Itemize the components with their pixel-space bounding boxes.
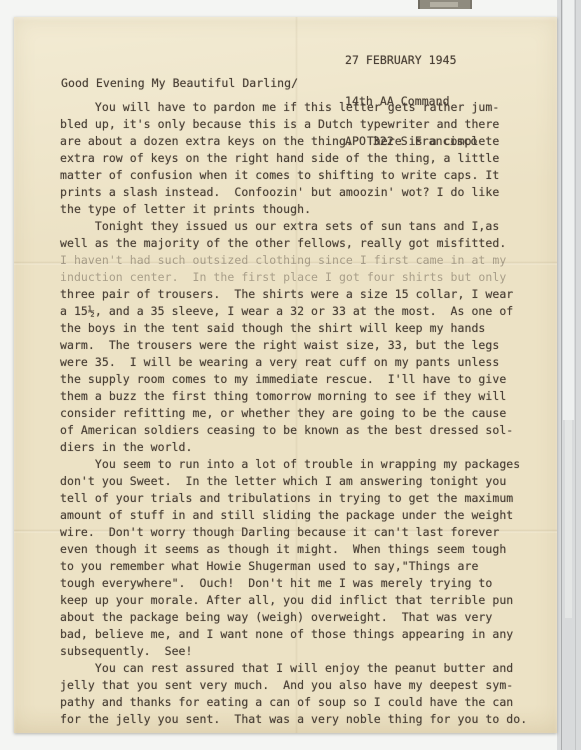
body-line: amount of stuff in and still sliding the… [60,507,527,524]
body-line: I haven't had such outsized clothing sin… [60,252,527,269]
body-line: even though it seems as though it might.… [60,541,527,558]
body-line: for the jelly you sent. That was a very … [60,711,527,728]
body-line: them a buzz the first thing tomorrow mor… [60,388,527,405]
scanned-letter-page: 27 FEBRUARY 1945 14th AA Command APO 322… [0,0,581,750]
body-line: wire. Don't worry though Darling because… [60,524,527,541]
body-line: tell of your trials and tribulations in … [60,490,527,507]
plastic-sleeve-edge [557,0,581,750]
body-line: extra row of keys on the right hand side… [60,150,527,167]
body-line: You can rest assured that I will enjoy t… [60,660,527,677]
body-line: matter of confusion when it comes to shi… [60,167,527,184]
body-line: about the package being way (weigh) over… [60,609,527,626]
body-line: tough everywhere". Ouch! Don't hit me I … [60,575,527,592]
body-line: were 35. I will be wearing a very reat c… [60,354,527,371]
body-line: don't you Sweet. In the letter which I a… [60,473,527,490]
letter-body: You will have to pardon me if this lette… [60,99,527,728]
tape-fragment-inner [430,2,458,7]
body-line: prints a slash instead. Confoozin' but a… [60,184,527,201]
sleeve-highlight-band [563,0,574,420]
body-line: subsequently. See! [60,643,527,660]
body-line: keep up your morale. After all, you did … [60,592,527,609]
body-line: are about a dozen extra keys on the thin… [60,133,527,150]
body-line: jelly that you sent very much. And you a… [60,677,527,694]
body-line: well as the majority of the other fellow… [60,235,527,252]
body-line: of American soldiers ceasing to be known… [60,422,527,439]
body-line: Tonight they issued us our extra sets of… [60,218,527,235]
body-line: three pair of trousers. The shirts were … [60,286,527,303]
body-line: You seem to run into a lot of trouble in… [60,456,527,473]
salutation: Good Evening My Beautiful Darling/ [61,75,298,92]
body-line: bled up, it's only because this is a Dut… [60,116,527,133]
body-line: induction center. In the first place I g… [60,269,527,286]
body-line: pathy and thanks for eating a can of sou… [60,694,527,711]
sleeve-edge-line [561,0,562,750]
body-line: bad, believe me, and I want none of thos… [60,626,527,643]
body-line: consider refitting me, or whether they a… [60,405,527,422]
tape-fragment [418,0,472,9]
body-line: the supply room comes to my immediate re… [60,371,527,388]
body-line: You will have to pardon me if this lette… [60,99,527,116]
letter-paper: 27 FEBRUARY 1945 14th AA Command APO 322… [14,17,557,733]
sleeve-inner-line [575,0,576,750]
body-line: a 15½, and a 35 sleeve, I wear a 32 or 3… [60,303,527,320]
body-line: the type of letter it prints though. [60,201,527,218]
body-line: the boys in the tent said though the shi… [60,320,527,337]
body-line: warm. The trousers were the right waist … [60,337,527,354]
letter-date: 27 FEBRUARY 1945 [345,54,478,68]
body-line: diers in the world. [60,439,527,456]
body-line: to you remember what Howie Shugerman use… [60,558,527,575]
